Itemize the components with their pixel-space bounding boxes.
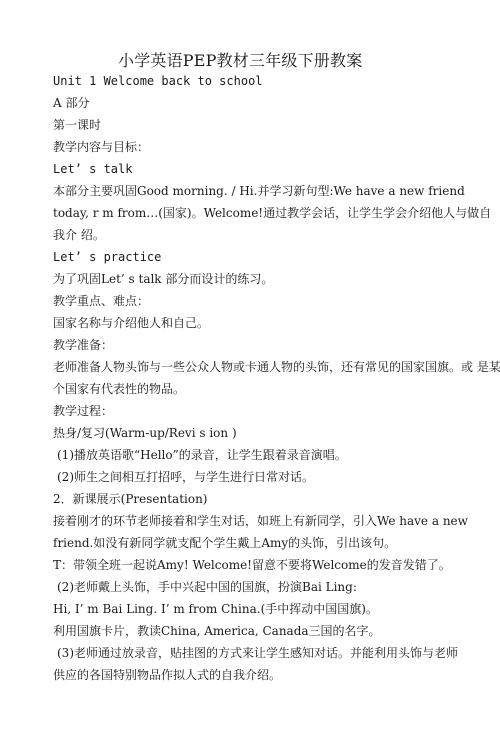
presentation-heading: 2．新课展示(Presentation) (53, 491, 208, 507)
paragraph-line: T：带领全班一起说Amy! Welcome!留意不要将Welcome的发音发错了… (53, 557, 451, 573)
paragraph-line: 利用国旗卡片，教读China, America, Canada三国的名字。 (53, 623, 381, 639)
list-item: (2)师生之间相互打招呼，与学生进行日常对话。 (57, 469, 314, 485)
preparation-heading: 教学准备： (53, 337, 113, 353)
lets-talk-heading: Let’ s talk (53, 161, 132, 177)
paragraph-line: today, r m from…(国家)。Welcome!通过教学会话，让学生学… (53, 205, 491, 221)
unit-heading: Unit 1 Welcome back to school (53, 73, 263, 89)
document-title: 小学英语PEP教材三年级下册教案 (118, 48, 362, 71)
list-item: (3)老师通过放录音，贴挂图的方式来让学生感知对话。并能利用头饰与老师 (57, 645, 458, 661)
warmup-heading: 热身/复习(Warm-up/Revi s ion ) (53, 425, 237, 441)
lets-practice-heading: Let’ s practice (53, 249, 161, 265)
document-page: 小学英语PEP教材三年级下册教案 Unit 1 Welcome back to … (0, 0, 500, 738)
paragraph-line: 供应的各国特别物品作拟人式的自我介绍。 (53, 667, 281, 683)
content-goals-heading: 教学内容与目标： (53, 139, 149, 155)
list-item: (1)播放英语歌“Hello”的录音，让学生跟着录音演唱。 (57, 447, 347, 463)
paragraph-line: 本部分主要巩固Good morning. / Hi.并学习新句型:We have… (53, 183, 465, 199)
paragraph-line: 我介 绍。 (53, 227, 105, 243)
key-points-heading: 教学重点、难点： (53, 293, 149, 309)
paragraph-line: 为了巩固Let’ s talk 部分而设计的练习。 (53, 271, 273, 287)
paragraph-line: Hi, I’ m Bai Ling. I’ m from China.(手中挥动… (53, 601, 378, 617)
paragraph-line: friend.如没有新同学就支配个学生戴上Amy的头饰，引出该句。 (53, 535, 396, 551)
list-item: (2)老师戴上头饰，手中兴起中国的国旗，扮演Bai Ling: (57, 579, 357, 595)
paragraph-line: 个国家有代表性的物品。 (53, 381, 185, 397)
paragraph-line: 接着刚才的环节老师接着和学生对话，如班上有新同学，引入We have a new (53, 513, 468, 529)
paragraph-line: 国家名称与介绍他人和自己。 (53, 315, 209, 331)
lesson-heading: 第一课时 (53, 117, 101, 133)
section-heading: A 部分 (53, 95, 89, 111)
process-heading: 教学过程： (53, 403, 113, 419)
paragraph-line: 老师准备人物头饰与一些公众人物或卡通人物的头饰，还有常见的国家国旗。或 是某 (53, 359, 500, 375)
